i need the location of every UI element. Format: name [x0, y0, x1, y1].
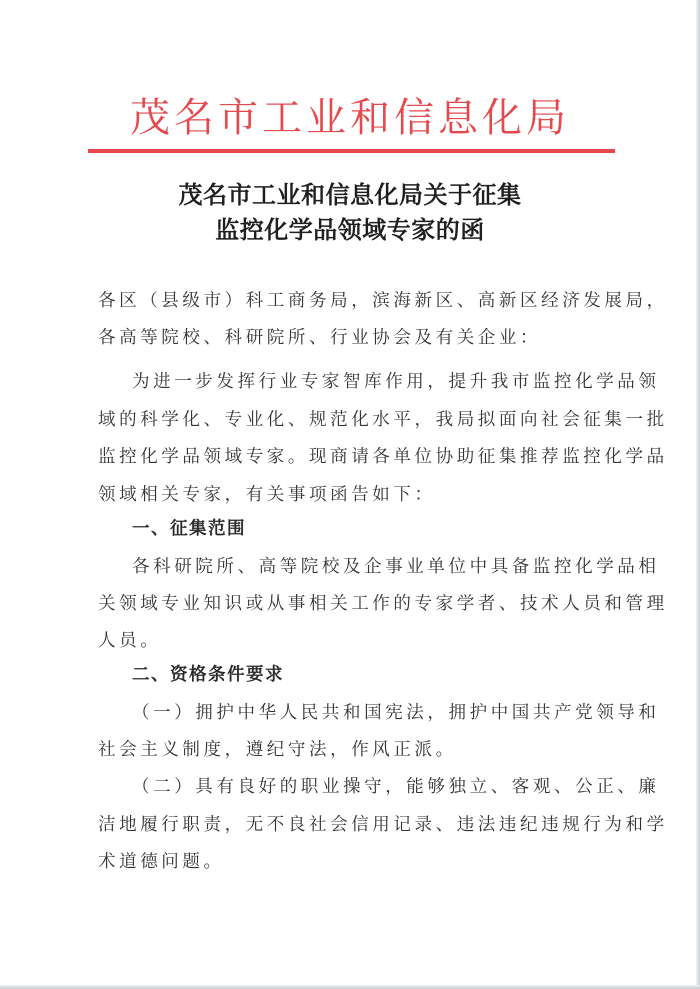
document-title-line-2: 监控化学品领域专家的函 — [0, 210, 700, 245]
qualification-item-line: 社会主义制度，遵纪守法，作风正派。 — [98, 736, 618, 761]
letterhead-red-rule — [88, 149, 615, 153]
qualification-item-line: 洁地履行职责，无不良社会信用记录、违法违纪违规行为和学 — [98, 811, 618, 836]
scope-line: 各科研院所、高等院校及企事业单位中具备监控化学品相 — [132, 553, 652, 578]
qualification-item-line: 术道德问题。 — [98, 848, 618, 873]
document-title-line-1: 茂名市工业和信息化局关于征集 — [0, 175, 700, 210]
addressee-line: 各高等院校、科研院所、行业协会及有关企业： — [98, 324, 618, 349]
section-heading-qualifications: 二、资格条件要求 — [132, 661, 652, 686]
intro-line: 域的科学化、专业化、规范化水平，我局拟面向社会征集一批 — [98, 406, 618, 431]
qualification-item-line: （一）拥护中华人民共和国宪法，拥护中国共产党领导和 — [132, 699, 652, 724]
intro-line: 监控化学品领域专家。现商请各单位协助征集推荐监控化学品 — [98, 443, 618, 468]
intro-line: 领域相关专家，有关事项函告如下： — [98, 481, 618, 506]
letterhead-org-name: 茂名市工业和信息化局 — [0, 86, 700, 143]
intro-line: 为进一步发挥行业专家智库作用，提升我市监控化学品领 — [132, 368, 652, 393]
page-edge — [0, 985, 700, 989]
scope-line: 关领域专业知识或从事相关工作的专家学者、技术人员和管理 — [98, 590, 618, 615]
section-heading-scope: 一、征集范围 — [132, 515, 652, 540]
addressee-line: 各区（县级市）科工商务局，滨海新区、高新区经济发展局， — [98, 287, 618, 312]
qualification-item-line: （二）具有良好的职业操守，能够独立、客观、公正、廉 — [132, 773, 652, 798]
page-edge — [696, 0, 700, 989]
scope-line: 人员。 — [98, 627, 618, 652]
